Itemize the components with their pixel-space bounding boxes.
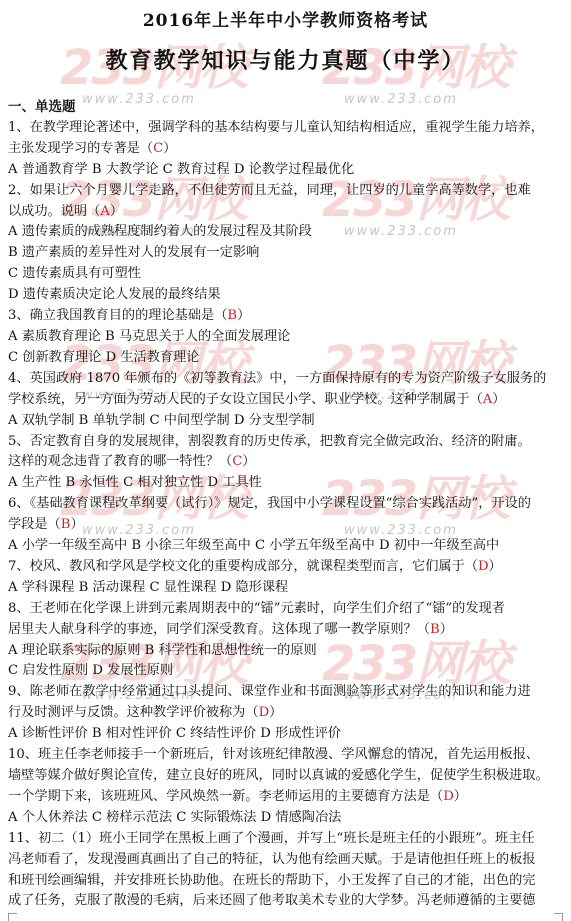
text-line: 主张发现学习的专著是（C）: [8, 139, 564, 160]
line-text: 9、陈老师在教学中经常通过口头提问、课堂作业和书面测验等形式对学生的知识和能力进: [8, 684, 531, 699]
line-text: 6、《基础教育课程改革纲要（试行）》规定，我国中小学课程设置“综合实践活动”，开…: [8, 496, 531, 511]
text-line: 学段是（B）: [8, 515, 564, 536]
page-corner-mark: [8, 913, 17, 921]
text-line: 行及时测评与反馈。这种教学评价被称为（D）: [8, 703, 564, 724]
text-line: B 遗产素质的差异性对人的发展有一定影响: [8, 243, 564, 264]
line-text: A 诊断性评价 B 相对性评价 C 终结性评价 D 形成性评价: [8, 726, 341, 741]
answer-letter: B: [61, 517, 71, 532]
line-text: 以成功。说明（: [8, 204, 100, 219]
line-text: 冯老师看了，发现漫画真画出了自己的特征，认为他有绘画天赋。于是请他担任班上的板报: [8, 852, 536, 867]
line-text: 11、初二（1）班小王同学在黑板上画了个漫画，并写上“班长是班主任的小跟班”。班…: [8, 831, 535, 846]
text-line: A 小学一年级至高中 B 小徐三年级至高中 C 小学五年级至高中 D 初中一年级…: [8, 536, 564, 557]
text-line: 1、在教学理论著述中，强调学科的基本结构要与儿童认知结构相适应，重视学生能力培养…: [8, 118, 564, 139]
text-line: A 素质教育理论 B 马克思关于人的全面发展理论: [8, 327, 564, 348]
line-text: C 遗传素质具有可塑性: [8, 266, 141, 281]
text-line: 冯老师看了，发现漫画真画出了自己的特征，认为他有绘画天赋。于是请他担任班上的板报: [8, 850, 564, 871]
text-line: C 遗传素质具有可塑性: [8, 264, 564, 285]
text-line: 8、王老师在化学课上讲到元素周期表中的“镭”元素时，向学生们介绍了“镭”的发现者: [8, 599, 564, 620]
answer-letter: B: [227, 308, 237, 323]
line-text: 7、校风、教风和学风是学校文化的重要构成部分，就课程类型而言，它们属于（: [8, 559, 478, 574]
text-line: A 理论联系实际的原则 B 科学性和思想性统一的原则: [8, 641, 564, 662]
line-text: A 个人休养法 C 榜样示范法 C 实际锻炼法 D 情感陶冶法: [8, 810, 341, 825]
text-line: C 启发性原则 D 发展性原则: [8, 661, 564, 682]
text-line: 居里夫人献身科学的事迹，同学们深受教育。这体现了哪一教学原则？（B）: [8, 620, 564, 641]
line-text: D 遗传素质决定论人发展的最终结果: [8, 287, 221, 302]
text-line: A 双轨学制 B 单轨学制 C 中间型学制 D 分支型学制: [8, 411, 564, 432]
line-text: 行及时测评与反馈。这种教学评价被称为（: [8, 705, 259, 720]
text-line: A 生产性 B 永恒性 C 相对独立性 D 工具性: [8, 473, 564, 494]
line-text: C 启发性原则 D 发展性原则: [8, 663, 173, 678]
text-line: 墙壁等媒介做好舆论宣传，建立良好的班风，同时以真诚的爱感化学生，促使学生积极进取…: [8, 766, 564, 787]
text-line: 成了任务，克服了散漫的毛病，后来还圆了他考取美术专业的大学梦。冯老师遵循的主要德: [8, 891, 564, 912]
answer-letter: A: [483, 392, 493, 407]
question-content: 一、单选题 1、在教学理论著述中，强调学科的基本结构要与儿童认知结构相适应，重视…: [8, 97, 564, 912]
line-text: A 小学一年级至高中 B 小徐三年级至高中 C 小学五年级至高中 D 初中一年级…: [8, 538, 499, 553]
text-line: A 普通教育学 B 大教学论 C 教育过程 D 论教学过程最优化: [8, 160, 564, 181]
line-text: C 创新教育理论 D 生活教育理论: [8, 350, 200, 365]
text-line: 6、《基础教育课程改革纲要（试行）》规定，我国中小学课程设置“综合实践活动”，开…: [8, 494, 564, 515]
line-text: 3、确立我国教育目的的理论基础是（: [8, 308, 227, 323]
line-tail: ）: [70, 517, 83, 532]
line-text: 5、否定教育自身的发展规律，割裂教育的历史传承，把教育完全做完政治、经济的附庸。: [8, 434, 531, 449]
text-line: 11、初二（1）班小王同学在黑板上画了个漫画，并写上“班长是班主任的小跟班”。班…: [8, 829, 564, 850]
answer-letter: D: [478, 559, 489, 574]
line-text: 和班刊绘画编辑，并安排班长协助他。在班长的帮助下，小王发挥了自己的才能，出色的完: [8, 873, 536, 888]
text-line: 和班刊绘画编辑，并安排班长协助他。在班长的帮助下，小王发挥了自己的才能，出色的完: [8, 871, 564, 892]
answer-letter: B: [430, 622, 440, 637]
document-page: 233网校 www.233.com 233网校 www.233.com 233网…: [0, 0, 571, 921]
text-line: A 个人休养法 C 榜样示范法 C 实际锻炼法 D 情感陶冶法: [8, 808, 564, 829]
text-line: 4、英国政府 1870 年颁布的《初等教育法》中，一方面保持原有的专为资产阶级子…: [8, 369, 564, 390]
answer-letter: D: [259, 705, 270, 720]
text-line: A 遗传素质的成熟程度制约着人的发展过程及其阶段: [8, 222, 564, 243]
answer-letter: C: [232, 454, 242, 469]
line-text: 4、英国政府 1870 年颁布的《初等教育法》中，一方面保持原有的专为资产阶级子…: [8, 371, 546, 386]
line-text: 一个学期下来，该班班风、学风焕然一新。李老师运用的主要德育方法是（: [8, 789, 443, 804]
section-heading: 一、单选题: [8, 97, 564, 118]
text-line: 9、陈老师在教学中经常通过口头提问、课堂作业和书面测验等形式对学生的知识和能力进: [8, 682, 564, 703]
answer-letter: D: [443, 789, 454, 804]
text-line: 学校系统，另一方面为劳动人民的子女设立国民小学、职业学校。这种学制属于（A）: [8, 390, 564, 411]
exam-title: 2016年上半年中小学教师资格考试: [0, 6, 571, 31]
text-line: 3、确立我国教育目的的理论基础是（B）: [8, 306, 564, 327]
line-text: 1、在教学理论著述中，强调学科的基本结构要与儿童认知结构相适应，重视学生能力培养…: [8, 120, 544, 135]
line-text: 主张发现学习的专著是（: [8, 141, 153, 156]
line-tail: ）: [110, 204, 123, 219]
line-text: 学校系统，另一方面为劳动人民的子女设立国民小学、职业学校。这种学制属于（: [8, 392, 483, 407]
text-line: C 创新教育理论 D 生活教育理论: [8, 348, 564, 369]
line-text: A 素质教育理论 B 马克思关于人的全面发展理论: [8, 329, 290, 344]
line-tail: ）: [237, 308, 250, 323]
answer-letter: A: [100, 204, 110, 219]
text-line: 10、班主任李老师接手一个新班后，针对该班纪律散漫、学风懈怠的情况，首先运用板报…: [8, 745, 564, 766]
line-text: A 理论联系实际的原则 B 科学性和思想性统一的原则: [8, 643, 317, 658]
answer-letter: C: [153, 141, 163, 156]
line-tail: ）: [454, 789, 467, 804]
line-text: 墙壁等媒介做好舆论宣传，建立良好的班风，同时以真诚的爱感化学生，促使学生积极进取…: [8, 768, 549, 783]
line-tail: ）: [163, 141, 176, 156]
text-line: 5、否定教育自身的发展规律，割裂教育的历史传承，把教育完全做完政治、经济的附庸。: [8, 432, 564, 453]
line-text: 这样的观念违背了教育的哪一特性？（: [8, 454, 232, 469]
line-text: A 双轨学制 B 单轨学制 C 中间型学制 D 分支型学制: [8, 413, 315, 428]
line-text: A 普通教育学 B 大教学论 C 教育过程 D 论教学过程最优化: [8, 162, 354, 177]
line-tail: ）: [492, 392, 505, 407]
text-line: 这样的观念违背了教育的哪一特性？（C）: [8, 452, 564, 473]
exam-subtitle: 教育教学知识与能力真题（中学）: [0, 44, 571, 75]
line-tail: ）: [269, 705, 282, 720]
line-text: 2、如果让六个月婴儿学走路，不但徒劳而且无益，同理，让四岁的儿童学高等数学，也难: [8, 183, 531, 198]
line-text: A 学科课程 B 活动课程 C 显性课程 D 隐形课程: [8, 580, 288, 595]
line-tail: ）: [440, 622, 453, 637]
line-text: 居里夫人献身科学的事迹，同学们深受教育。这体现了哪一教学原则？（: [8, 622, 430, 637]
text-line: 7、校风、教风和学风是学校文化的重要构成部分，就课程类型而言，它们属于（D）: [8, 557, 564, 578]
text-line: D 遗传素质决定论人发展的最终结果: [8, 285, 564, 306]
question-lines: 1、在教学理论著述中，强调学科的基本结构要与儿童认知结构相适应，重视学生能力培养…: [8, 118, 564, 912]
text-line: 以成功。说明（A）: [8, 202, 564, 223]
line-tail: ）: [242, 454, 255, 469]
text-line: A 诊断性评价 B 相对性评价 C 终结性评价 D 形成性评价: [8, 724, 564, 745]
line-text: A 生产性 B 永恒性 C 相对独立性 D 工具性: [8, 475, 262, 490]
page-corner-mark: [554, 913, 563, 921]
text-line: 2、如果让六个月婴儿学走路，不但徒劳而且无益，同理，让四岁的儿童学高等数学，也难: [8, 181, 564, 202]
line-text: 10、班主任李老师接手一个新班后，针对该班纪律散漫、学风懈怠的情况，首先运用板报…: [8, 747, 539, 762]
line-text: 8、王老师在化学课上讲到元素周期表中的“镭”元素时，向学生们介绍了“镭”的发现者: [8, 601, 505, 616]
text-line: A 学科课程 B 活动课程 C 显性课程 D 隐形课程: [8, 578, 564, 599]
line-text: A 遗传素质的成熟程度制约着人的发展过程及其阶段: [8, 224, 312, 239]
line-text: 成了任务，克服了散漫的毛病，后来还圆了他考取美术专业的大学梦。冯老师遵循的主要德: [8, 893, 536, 908]
line-text: B 遗产素质的差异性对人的发展有一定影响: [8, 245, 259, 260]
line-text: 学段是（: [8, 517, 61, 532]
text-line: 一个学期下来，该班班风、学风焕然一新。李老师运用的主要德育方法是（D）: [8, 787, 564, 808]
line-tail: ）: [489, 559, 502, 574]
